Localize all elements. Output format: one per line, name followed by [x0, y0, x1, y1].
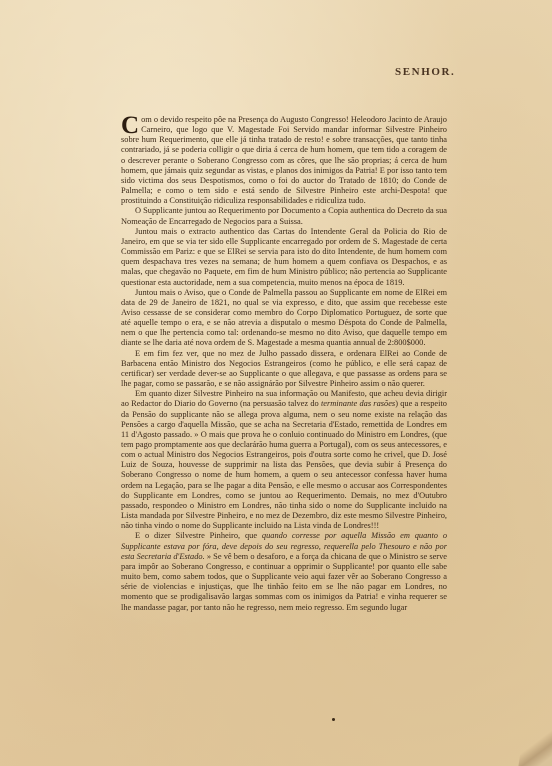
paragraph-6-text-b: ) que a respeito da Pensão do supplicant…: [121, 399, 447, 530]
drop-cap: C: [121, 116, 139, 135]
paragraph-1: Com o devido respeito pôe na Presença do…: [121, 115, 447, 206]
paragraph-4: Juntou mais o Aviso, que o Conde de Palm…: [121, 288, 447, 349]
scanned-page: SENHOR. Com o devido respeito pôe na Pre…: [0, 0, 552, 766]
page-heading: SENHOR.: [395, 66, 455, 78]
paragraph-1-text: om o devido respeito pôe na Presença do …: [121, 115, 447, 205]
paragraph-7: E o dizer Silvestre Pinheiro, que quando…: [121, 531, 447, 612]
paragraph-3: Juntou mais o extracto authentico das Ca…: [121, 227, 447, 288]
paragraph-2: O Supplicante juntou ao Requerimento por…: [121, 206, 447, 226]
paragraph-6: Em quanto dizer Silvestre Pinheiro na su…: [121, 389, 447, 531]
ink-spot: [332, 718, 335, 721]
document-body: Com o devido respeito pôe na Presença do…: [121, 115, 447, 613]
paragraph-6-italic: terminante das rasões: [321, 399, 395, 408]
paragraph-5: E em fim fez ver, que no mez de Julho pa…: [121, 349, 447, 390]
paragraph-7-text-a: E o dizer Silvestre Pinheiro, que: [135, 531, 262, 540]
